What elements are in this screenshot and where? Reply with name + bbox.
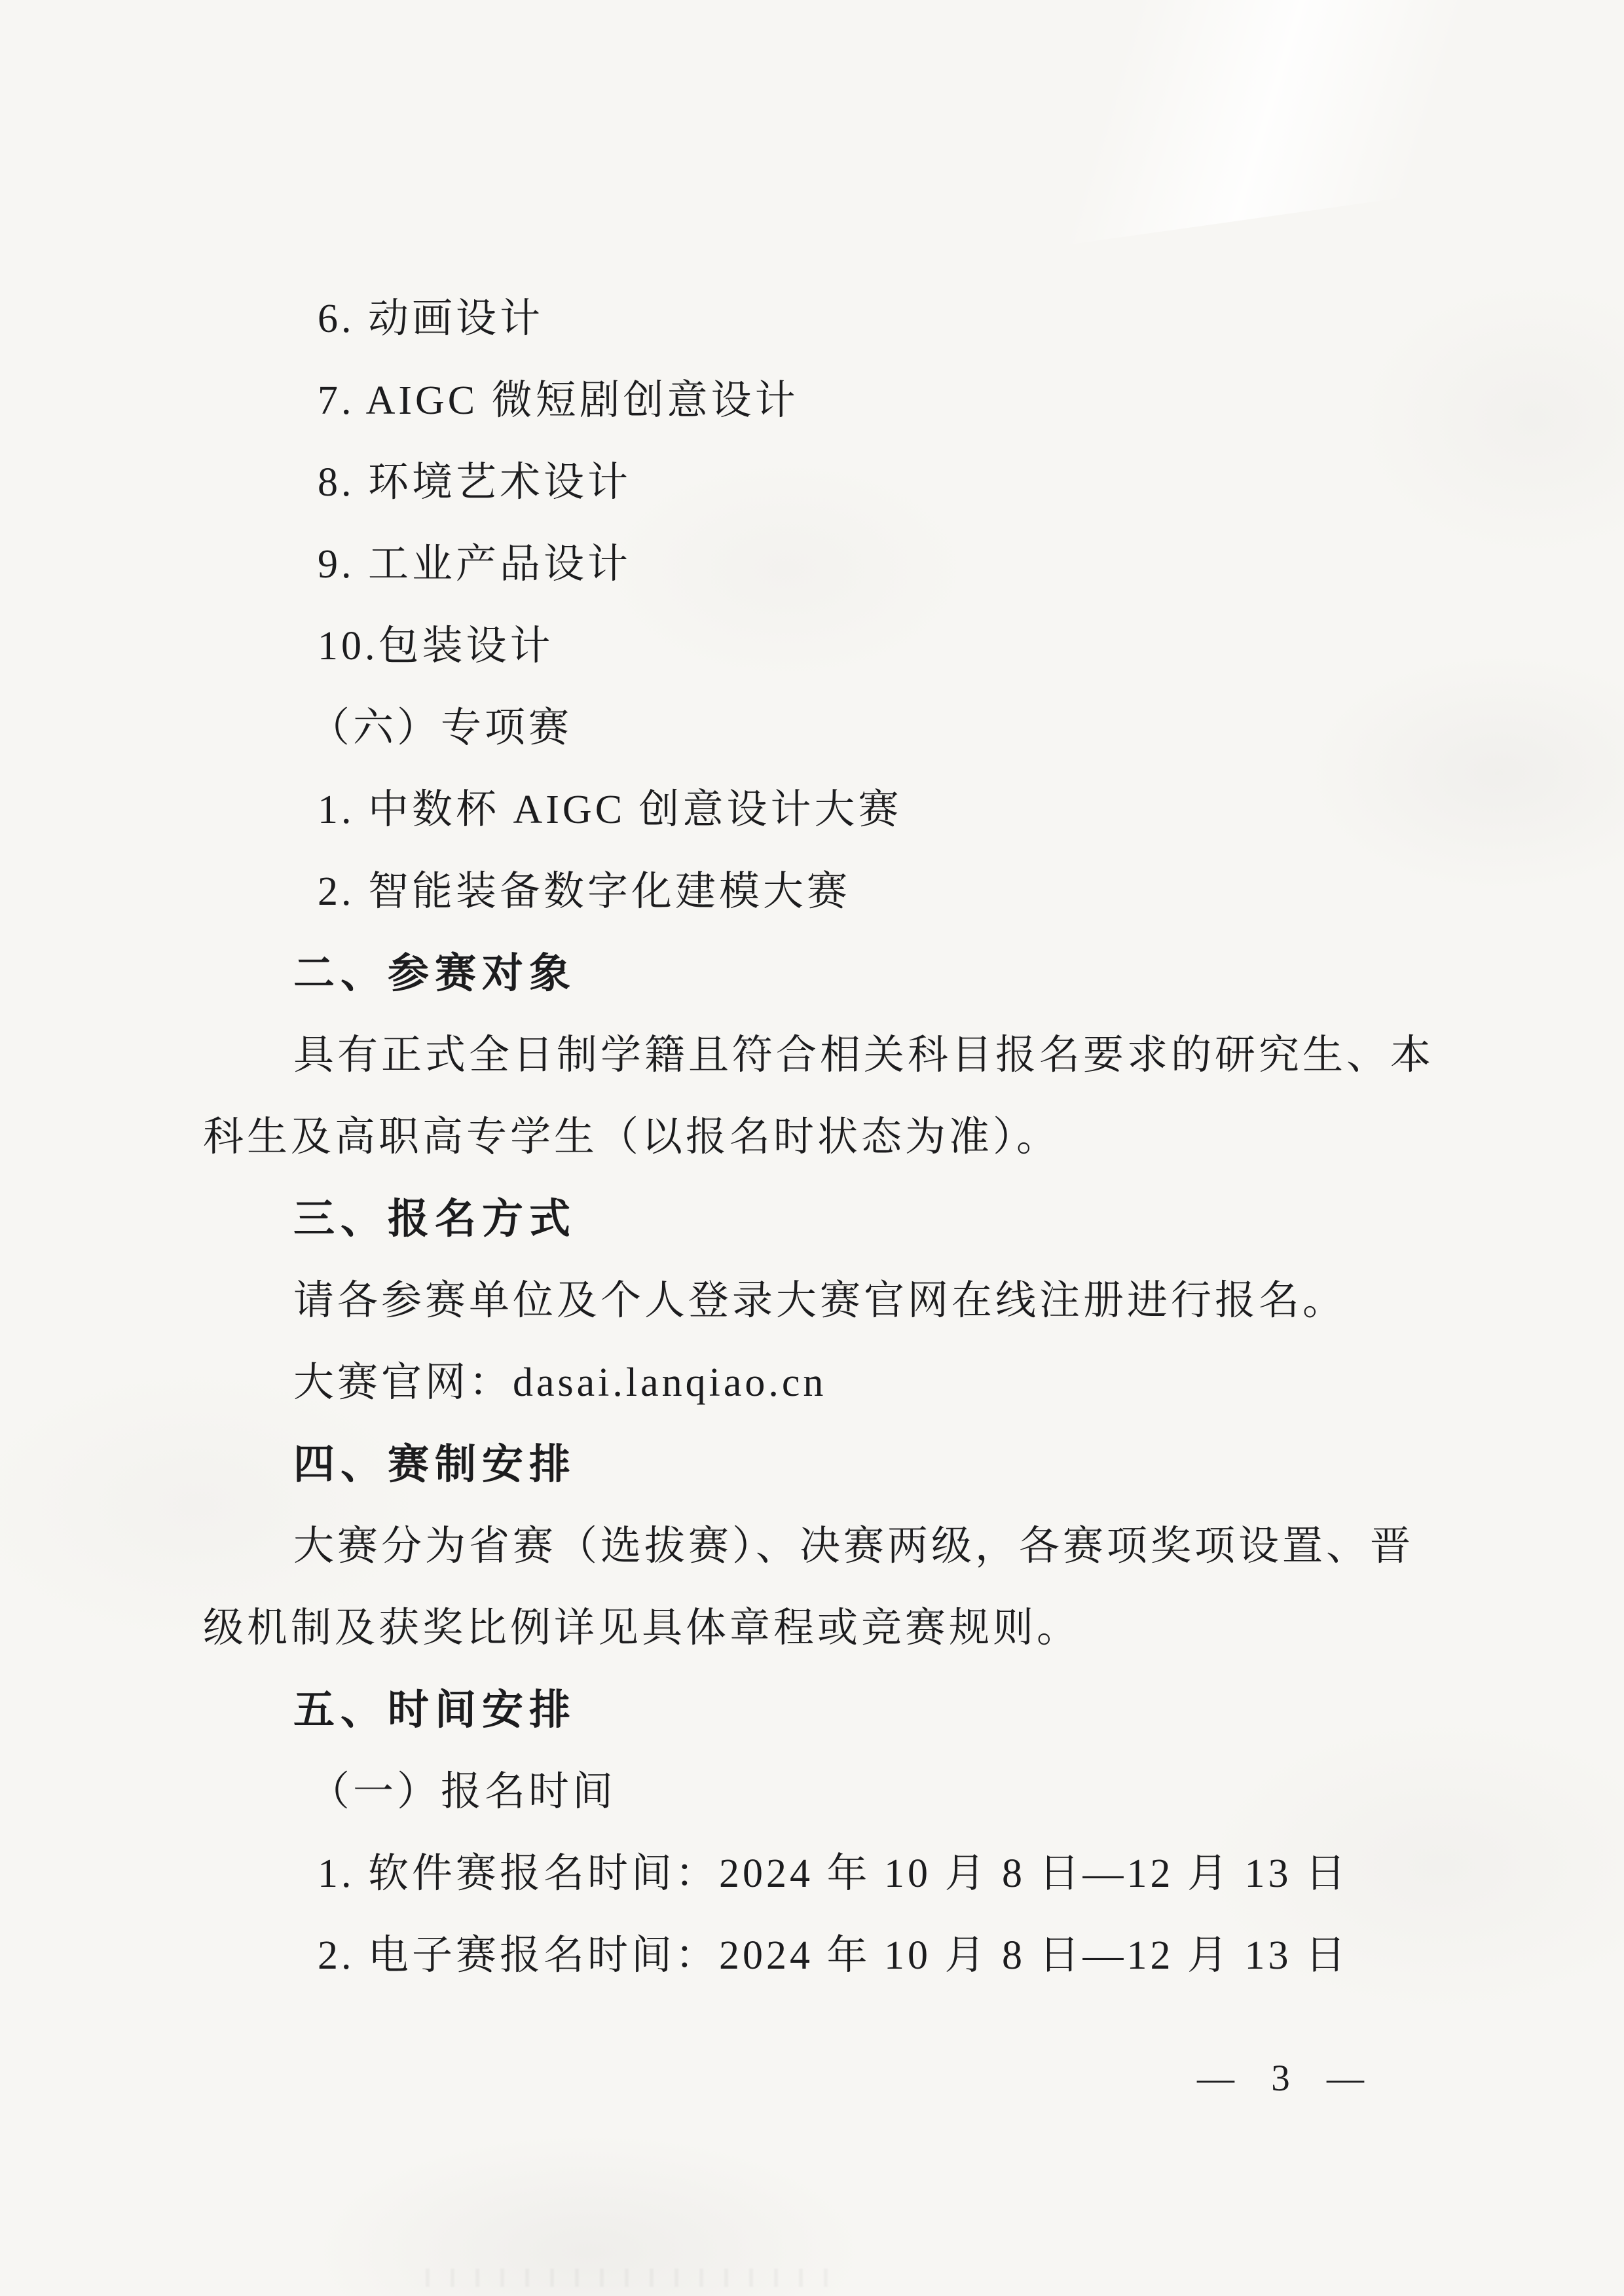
section-heading-3-registration: 三、报名方式 (203, 1178, 1441, 1260)
special-item-2-smart-equipment: 2. 智能装备数字化建模大赛 (203, 851, 1441, 933)
section-heading-2-participants: 二、参赛对象 (203, 933, 1441, 1015)
section-heading-4-format: 四、赛制安排 (203, 1424, 1441, 1506)
list-item-10-packaging-design: 10.包装设计 (203, 606, 1441, 687)
item-software-registration-date: 1. 软件赛报名时间：2024 年 10 月 8 日—12 月 13 日 (203, 1833, 1441, 1915)
list-item-8-environment-art: 8. 环境艺术设计 (203, 442, 1441, 524)
subheading-6-special-events: （六）专项赛 (203, 687, 1441, 769)
para-format-line-2: 级机制及获奖比例详见具体章程或竞赛规则。 (203, 1588, 1441, 1669)
document-page: 6. 动画设计 7. AIGC 微短剧创意设计 8. 环境艺术设计 9. 工业产… (0, 0, 1624, 2296)
document-body: 6. 动画设计 7. AIGC 微短剧创意设计 8. 环境艺术设计 9. 工业产… (203, 278, 1441, 1997)
list-item-6-animation-design: 6. 动画设计 (203, 278, 1441, 360)
special-item-1-zhongshu-cup: 1. 中数杯 AIGC 创意设计大赛 (203, 769, 1441, 851)
subheading-1-registration-time: （一）报名时间 (203, 1751, 1441, 1833)
scan-speckles (426, 2269, 832, 2287)
para-eligibility-line-1: 具有正式全日制学籍且符合相关科目报名要求的研究生、本 (203, 1015, 1441, 1097)
para-eligibility-line-2: 科生及高职高专学生（以报名时状态为准）。 (203, 1097, 1441, 1178)
section-heading-5-schedule: 五、时间安排 (203, 1669, 1441, 1751)
list-item-7-aigc-microdrama: 7. AIGC 微短剧创意设计 (203, 360, 1441, 442)
scan-streak-artifact (1001, 0, 1619, 249)
item-electronic-registration-date: 2. 电子赛报名时间：2024 年 10 月 8 日—12 月 13 日 (203, 1915, 1441, 1997)
para-format-line-1: 大赛分为省赛（选拔赛）、决赛两级，各赛项奖项设置、晋 (203, 1506, 1441, 1588)
para-registration-method: 请各参赛单位及个人登录大赛官网在线注册进行报名。 (203, 1260, 1441, 1342)
para-official-website: 大赛官网：dasai.lanqiao.cn (203, 1342, 1441, 1424)
page-number: — 3 — (1197, 2037, 1364, 2119)
list-item-9-industrial-product: 9. 工业产品设计 (203, 524, 1441, 606)
